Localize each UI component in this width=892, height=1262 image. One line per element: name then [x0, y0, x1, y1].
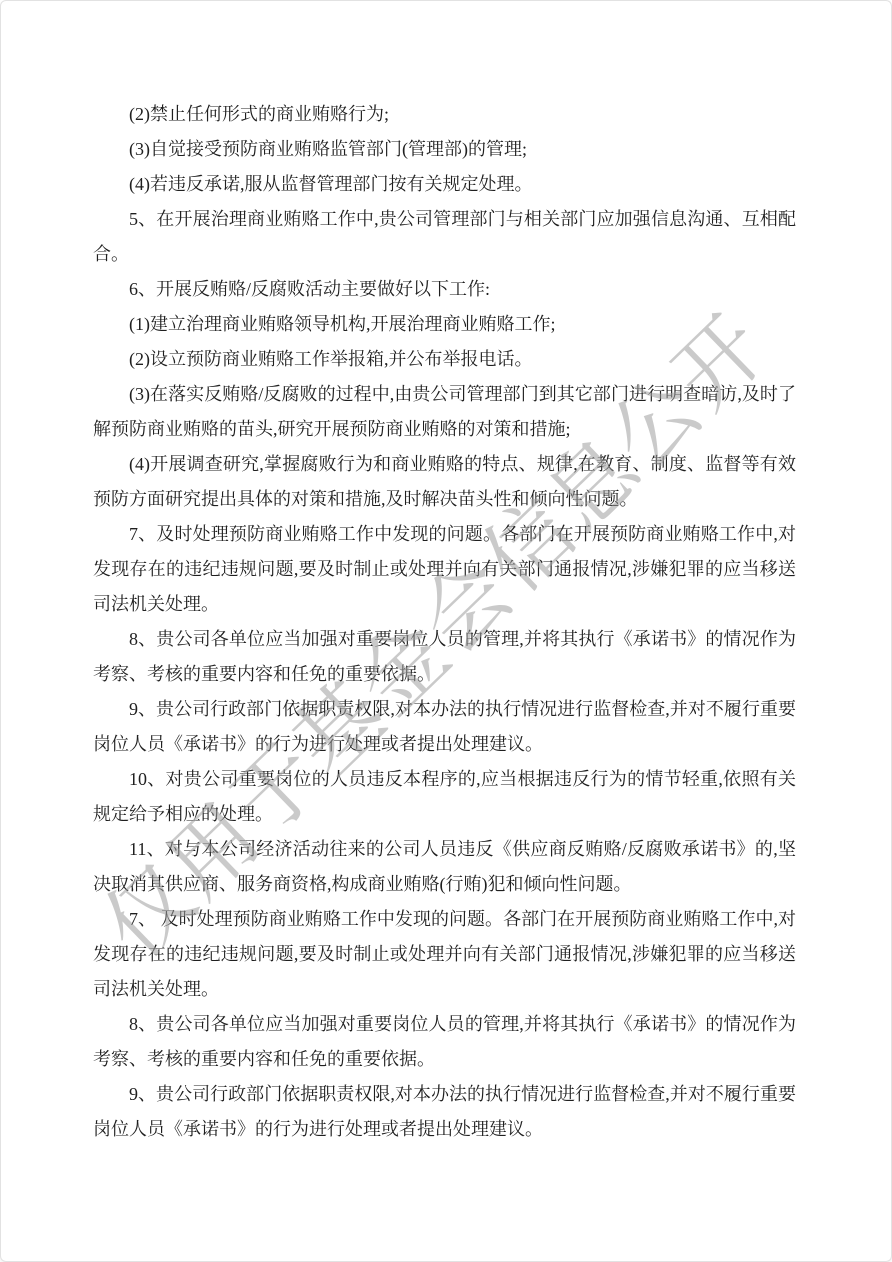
paragraph: 9、贵公司行政部门依据职责权限,对本办法的执行情况进行监督检查,并对不履行重要岗…	[93, 692, 796, 762]
paragraph: (2)设立预防商业贿赂工作举报箱,并公布举报电话。	[93, 342, 796, 377]
paragraph: 8、贵公司各单位应当加强对重要岗位人员的管理,并将其执行《承诺书》的情况作为考察…	[93, 1007, 796, 1077]
paragraph: 9、贵公司行政部门依据职责权限,对本办法的执行情况进行监督检查,并对不履行重要岗…	[93, 1077, 796, 1147]
document-page: 仅用于基金会信息公开 (2)禁止任何形式的商业贿赂行为;(3)自觉接受预防商业贿…	[0, 0, 892, 1262]
paragraph: (1)建立治理商业贿赂领导机构,开展治理商业贿赂工作;	[93, 307, 796, 342]
paragraph: (2)禁止任何形式的商业贿赂行为;	[93, 97, 796, 132]
document-body: (2)禁止任何形式的商业贿赂行为;(3)自觉接受预防商业贿赂监管部门(管理部)的…	[1, 1, 891, 1147]
paragraph: (3)在落实反贿赂/反腐败的过程中,由贵公司管理部门到其它部门进行明查暗访,及时…	[93, 377, 796, 447]
paragraph: 6、开展反贿赂/反腐败活动主要做好以下工作:	[93, 272, 796, 307]
paragraph: 5、在开展治理商业贿赂工作中,贵公司管理部门与相关部门应加强信息沟通、互相配合。	[93, 202, 796, 272]
paragraph: 11、对与本公司经济活动往来的公司人员违反《供应商反贿赂/反腐败承诺书》的,坚决…	[93, 832, 796, 902]
paragraph: (4)若违反承诺,服从监督管理部门按有关规定处理。	[93, 167, 796, 202]
paragraph: 8、贵公司各单位应当加强对重要岗位人员的管理,并将其执行《承诺书》的情况作为考察…	[93, 622, 796, 692]
paragraph: 7、 及时处理预防商业贿赂工作中发现的问题。各部门在开展预防商业贿赂工作中,对发…	[93, 902, 796, 1007]
paragraph: 10、对贵公司重要岗位的人员违反本程序的,应当根据违反行为的情节轻重,依照有关规…	[93, 762, 796, 832]
paragraph: (3)自觉接受预防商业贿赂监管部门(管理部)的管理;	[93, 132, 796, 167]
paragraph: 7、及时处理预防商业贿赂工作中发现的问题。各部门在开展预防商业贿赂工作中,对发现…	[93, 517, 796, 622]
paragraph: (4)开展调查研究,掌握腐败行为和商业贿赂的特点、规律,在教育、制度、监督等有效…	[93, 447, 796, 517]
